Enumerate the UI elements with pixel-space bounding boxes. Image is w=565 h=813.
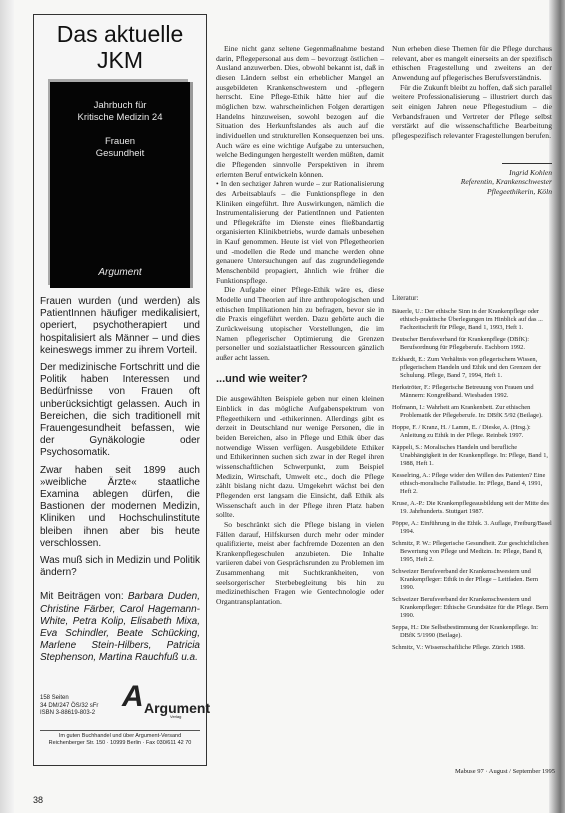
logo-sub: Verlag [170,714,181,719]
book-publisher: Argument [50,267,190,278]
issue-footer: Mabuse 97 · August / September 1995 [455,768,555,775]
contributors-intro: Mit Beiträgen von: [40,591,128,602]
ad-paragraph: Zwar haben seit 1899 auch »weibliche Ärz… [40,465,200,550]
literature-entry: Kesselring, A.: Pflege wider den Willen … [392,472,552,496]
article-paragraph: So beschränkt sich die Pflege bislang in… [216,520,384,607]
ad-footer: Im guten Buchhandel und über Argument-Ve… [40,730,200,747]
article-column-middle: Eine nicht ganz seltene Gegenmaßnahme be… [216,44,384,607]
book-series-line1: Jahrbuch für [50,100,190,112]
ad-footer-line2: Reichenberger Str. 150 · 10999 Berlin · … [40,740,200,747]
literature-entry: Bäuerle, U.: Der ethische Sinn in der Kr… [392,308,552,332]
author-location: Pflegeethikerin, Köln [392,187,552,197]
ad-footer-line1: Im guten Buchhandel und über Argument-Ve… [40,733,200,740]
literature-entry: Herkströter, F.: Pflegerische Betreuung … [392,384,552,400]
literature-entry: Schmitz, V.: Wissenschaftliche Pflege. Z… [392,644,552,652]
literature-entry: Käppeli, S.: Moralisches Handeln und ber… [392,444,552,468]
ad-isbn-block: 158 Seiten 34 DM/247 ÖS/32 sFr ISBN 3-88… [40,695,98,718]
argument-logo: A Argument Verlag [122,680,202,720]
literature-heading: Literatur: [392,294,552,304]
article-column-right: Nun erheben diese Themen für die Pflege … [392,44,552,652]
scan-edge-left [0,0,14,813]
book-cover-image: Jahrbuch für Kritische Medizin 24 Frauen… [50,82,190,288]
article-paragraph: • In den sechziger Jahren wurde – zur Ra… [216,179,384,285]
literature-entry: Schweizer Berufsverband der Krankenschwe… [392,568,552,592]
ad-pages: 158 Seiten [40,695,98,703]
ad-contributors: Mit Beiträgen von: Barbara Duden, Christ… [40,591,200,664]
literature-entry: Schmitz, P. W.: Pflegerische Gesundheit.… [392,540,552,564]
ad-title-line2: JKM [34,47,206,73]
page-number: 38 [33,795,43,805]
ad-paragraph: Frauen wurden (und werden) als PatientIn… [40,296,200,357]
signature-divider [502,163,552,164]
literature-entry: Kruse, A.-P.: Die Krankenpflegeausbildun… [392,500,552,516]
article-paragraph: Die Aufgabe einer Pflege-Ethik wäre es, … [216,285,384,362]
book-advertisement: Das aktuelle JKM Jahrbuch für Kritische … [33,14,207,766]
literature-entry: Hoppe, F. / Kranz, H. / Lamm, E. / Diesk… [392,424,552,440]
book-series-line2: Kritische Medizin 24 [50,112,190,124]
author-signature: Ingrid Kohlen Referentin, Krankenschwest… [392,168,552,197]
literature-entry: Eckhardt, E.: Zum Verhältnis von pfleger… [392,356,552,380]
ad-body: Frauen wurden (und werden) als PatientIn… [34,288,206,665]
ad-title-line1: Das aktuelle [34,21,206,47]
author-role: Referentin, Krankenschwester [392,177,552,187]
ad-title: Das aktuelle JKM [34,21,206,73]
ad-price: 34 DM/247 ÖS/32 sFr [40,703,98,711]
book-topic-line1: Frauen [50,136,190,148]
literature-entry: Schweizer Berufsverband der Krankenschwe… [392,596,552,620]
literature-entry: Deutscher Berufsverband für Krankenpfleg… [392,336,552,352]
book-topic-line2: Gesundheit [50,148,190,160]
section-heading: ...und wie weiter? [216,375,384,385]
ad-isbn: ISBN 3-88619-803-2 [40,710,98,718]
author-name: Ingrid Kohlen [392,168,552,178]
article-paragraph: Nun erheben diese Themen für die Pflege … [392,44,552,83]
article-paragraph: Für die Zukunft bleibt zu hoffen, daß si… [392,83,552,141]
literature-entry: Seppa, H.: Die Selbstbestimmung der Kran… [392,624,552,640]
ad-question: Was muß sich in Medizin und Politik ände… [40,555,200,579]
article-paragraph: Eine nicht ganz seltene Gegenmaßnahme be… [216,44,384,179]
article-paragraph: Die ausgewählten Beispiele geben nur ein… [216,394,384,520]
argument-logo-icon: A [122,680,144,714]
literature-entry: Pöppe, A.: Einführung in die Ethik. 3. A… [392,520,552,536]
ad-paragraph: Der medizinische Fortschritt und die Pol… [40,362,200,460]
literature-entry: Hofmann, I.: Wahrheit am Krankenbett. Zu… [392,404,552,420]
